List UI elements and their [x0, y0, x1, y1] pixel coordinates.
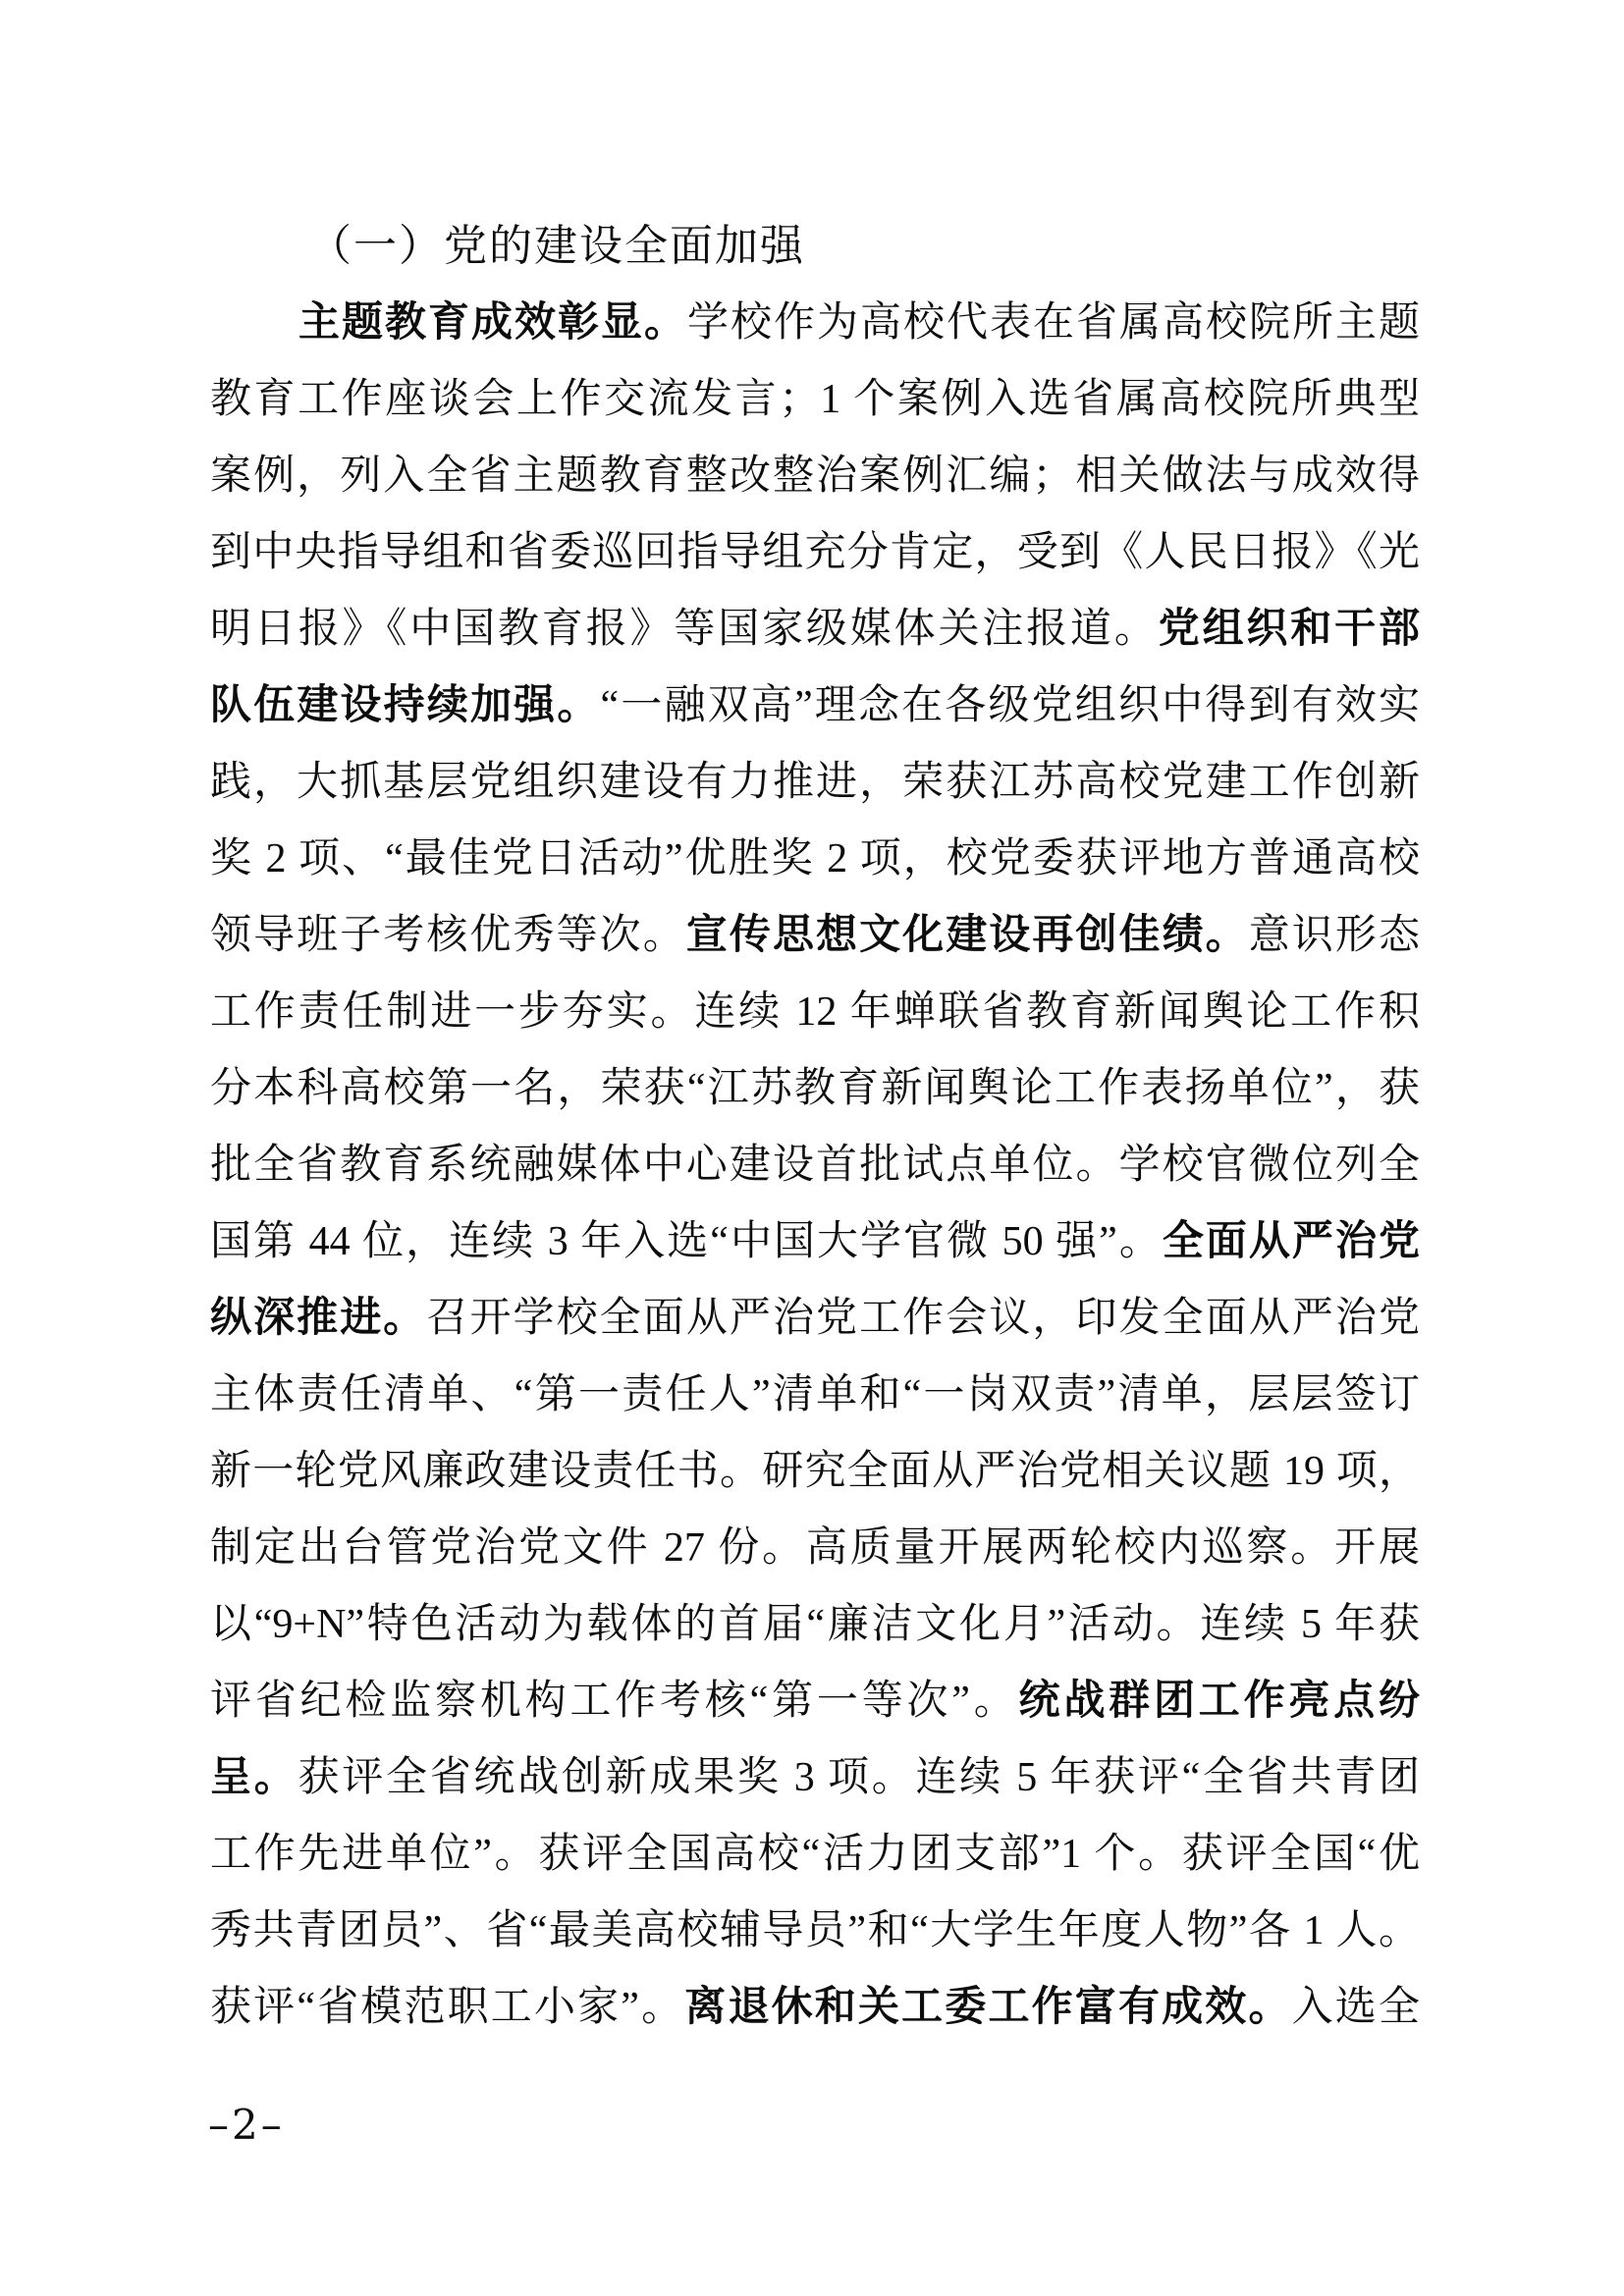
text-run-bold: 主题教育成效彰显。 — [298, 300, 687, 346]
text-run: 到中央指导组和省委巡回指导组充分肯定，受到《人民日报》《光 — [210, 530, 1420, 575]
text-run: 评省纪检监察机构工作考核“第一等次”。 — [210, 1679, 1019, 1724]
text-run: 践，大抓基层党组织建设有力推进，荣获江苏高校党建工作创新 — [210, 760, 1420, 805]
paragraph-line: 纵深推进。召开学校全面从严治党工作会议，印发全面从严治党 — [210, 1280, 1420, 1357]
paragraph-line: 以“9+N”特色活动为载体的首届“廉洁文化月”活动。连续 5 年获 — [210, 1586, 1420, 1663]
paragraph-line: 案例，列入全省主题教育整改整治案例汇编；相关做法与成效得 — [210, 438, 1420, 514]
text-run: 学校作为高校代表在省属高校院所主题 — [687, 300, 1420, 346]
text-run-bold: 统战群团工作亮点纷 — [1019, 1679, 1420, 1724]
text-run: 主体责任清单、“第一责任人”清单和“一岗双责”清单，层层签订 — [210, 1372, 1420, 1417]
paragraph-line: 获评“省模范职工小家”。离退休和关工委工作富有成效。入选全 — [210, 1969, 1420, 2046]
text-run-bold: 纵深推进。 — [210, 1296, 426, 1341]
text-run: 获评“省模范职工小家”。 — [210, 1985, 684, 2030]
paragraph-line: 工作责任制进一步夯实。连续 12 年蝉联省教育新闻舆论工作积 — [210, 974, 1420, 1050]
paragraph-line: 明日报》《中国教育报》等国家级媒体关注报道。党组织和干部 — [210, 591, 1420, 667]
body-text: （一）党的建设全面加强 主题教育成效彰显。学校作为高校代表在省属高校院所主题教育… — [210, 208, 1420, 2046]
text-run-bold: 队伍建设持续加强。 — [210, 683, 601, 728]
document-page: （一）党的建设全面加强 主题教育成效彰显。学校作为高校代表在省属高校院所主题教育… — [0, 0, 1624, 2296]
text-run: 国第 44 位，连续 3 年入选“中国大学官微 50 强”。 — [210, 1219, 1163, 1264]
text-run: 领导班子考核优秀等次。 — [210, 913, 686, 958]
text-run-bold: 党组织和干部 — [1159, 607, 1420, 652]
text-run: “一融双高”理念在各级党组织中得到有效实 — [601, 683, 1420, 728]
paragraph-line: 到中央指导组和省委巡回指导组充分肯定，受到《人民日报》《光 — [210, 514, 1420, 591]
text-run: 工作先进单位”。获评全国高校“活力团支部”1 个。获评全国“优 — [210, 1832, 1420, 1877]
text-run: 新一轮党风廉政建设责任书。研究全面从严治党相关议题 19 项， — [210, 1449, 1420, 1494]
text-run: 分本科高校第一名，荣获“江苏教育新闻舆论工作表扬单位”，获 — [210, 1066, 1420, 1111]
paragraph-line: 国第 44 位，连续 3 年入选“中国大学官微 50 强”。全面从严治党 — [210, 1203, 1420, 1280]
text-run: 明日报》《中国教育报》等国家级媒体关注报道。 — [210, 607, 1159, 652]
paragraph-line: 秀共青团员”、省“最美高校辅导员”和“大学生年度人物”各 1 人。 — [210, 1893, 1420, 1969]
text-run: 教育工作座谈会上作交流发言；1 个案例入选省属高校院所典型 — [210, 377, 1420, 422]
text-run: 工作责任制进一步夯实。连续 12 年蝉联省教育新闻舆论工作积 — [210, 989, 1420, 1035]
text-run: 获评全省统战创新成果奖 3 项。连续 5 年获评“全省共青团 — [298, 1755, 1420, 1800]
text-run: 秀共青团员”、省“最美高校辅导员”和“大学生年度人物”各 1 人。 — [210, 1908, 1420, 1953]
text-run-bold: 离退休和关工委工作富有成效。 — [684, 1985, 1291, 2030]
text-run: 案例，列入全省主题教育整改整治案例汇编；相关做法与成效得 — [210, 454, 1420, 499]
text-run: 入选全 — [1292, 1985, 1420, 2030]
paragraph-line: 分本科高校第一名，荣获“江苏教育新闻舆论工作表扬单位”，获 — [210, 1050, 1420, 1127]
paragraph: 主题教育成效彰显。学校作为高校代表在省属高校院所主题教育工作座谈会上作交流发言；… — [210, 285, 1420, 2046]
paragraph-line: 奖 2 项、“最佳党日活动”优胜奖 2 项，校党委获评地方普通高校 — [210, 821, 1420, 897]
paragraph-line: 新一轮党风廉政建设责任书。研究全面从严治党相关议题 19 项， — [210, 1433, 1420, 1510]
paragraph-line: 领导班子考核优秀等次。宣传思想文化建设再创佳绩。意识形态 — [210, 897, 1420, 974]
page-number: –2– — [208, 2101, 285, 2149]
paragraph-line: 制定出台管党治党文件 27 份。高质量开展两轮校内巡察。开展 — [210, 1510, 1420, 1586]
text-run: 批全省教育系统融媒体中心建设首批试点单位。学校官微位列全 — [210, 1143, 1420, 1188]
text-run: 以“9+N”特色活动为载体的首届“廉洁文化月”活动。连续 5 年获 — [210, 1602, 1420, 1647]
text-run: 制定出台管党治党文件 27 份。高质量开展两轮校内巡察。开展 — [210, 1525, 1420, 1571]
text-run: 召开学校全面从严治党工作会议，印发全面从严治党 — [426, 1296, 1420, 1341]
paragraph-line: 主题教育成效彰显。学校作为高校代表在省属高校院所主题 — [210, 285, 1420, 361]
paragraph-line: 批全省教育系统融媒体中心建设首批试点单位。学校官微位列全 — [210, 1127, 1420, 1203]
text-run-bold: 全面从严治党 — [1163, 1219, 1420, 1264]
paragraph-line: 践，大抓基层党组织建设有力推进，荣获江苏高校党建工作创新 — [210, 744, 1420, 821]
paragraph-line: 工作先进单位”。获评全国高校“活力团支部”1 个。获评全国“优 — [210, 1816, 1420, 1893]
paragraph-line: 评省纪检监察机构工作考核“第一等次”。统战群团工作亮点纷 — [210, 1663, 1420, 1739]
paragraph-line: 呈。获评全省统战创新成果奖 3 项。连续 5 年获评“全省共青团 — [210, 1739, 1420, 1816]
paragraph-line: 队伍建设持续加强。“一融双高”理念在各级党组织中得到有效实 — [210, 667, 1420, 744]
text-run-bold: 呈。 — [210, 1755, 298, 1800]
paragraph-line: 主体责任清单、“第一责任人”清单和“一岗双责”清单，层层签订 — [210, 1357, 1420, 1433]
text-run: 奖 2 项、“最佳党日活动”优胜奖 2 项，校党委获评地方普通高校 — [210, 836, 1420, 881]
text-run: 意识形态 — [1249, 913, 1420, 958]
text-run-bold: 宣传思想文化建设再创佳绩。 — [686, 913, 1249, 958]
section-heading: （一）党的建设全面加强 — [210, 208, 1420, 285]
paragraph-line: 教育工作座谈会上作交流发言；1 个案例入选省属高校院所典型 — [210, 361, 1420, 438]
